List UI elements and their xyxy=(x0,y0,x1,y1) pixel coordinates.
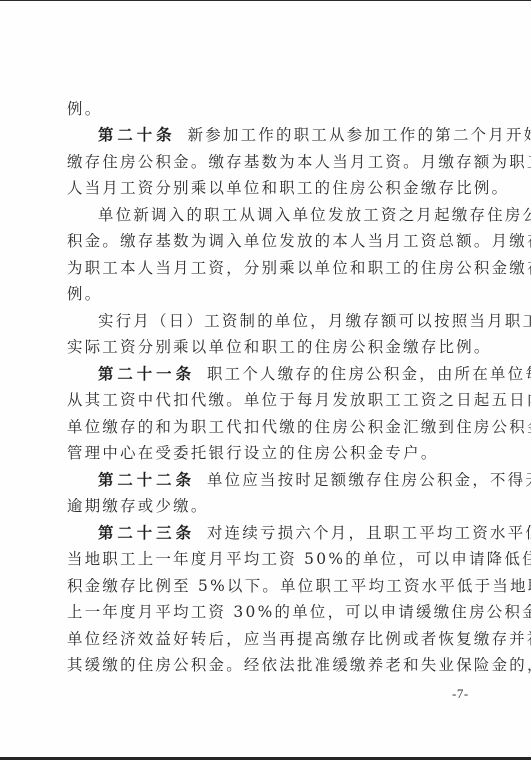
line-text: 实际工资分别乘以单位和职工的住房公积金缴存比例。 xyxy=(67,338,492,356)
text-line: 缴存住房公积金。缴存基数为本人当月工资。月缴存额为职工本 xyxy=(67,151,469,173)
text-line: 单位经济效益好转后，应当再提高缴存比例或者恢复缴存并补缴 xyxy=(67,628,469,650)
line-text: 对连续亏损六个月，且职工平均工资水平低于 xyxy=(207,524,531,542)
line-text: 单位缴存的和为职工代扣代缴的住房公积金汇缴到住房公积金 xyxy=(67,418,531,436)
text-line: 积金。缴存基数为调入单位发放的本人当月工资总额。月缴存额 xyxy=(67,230,469,252)
text-line: 管理中心在受委托银行设立的住房公积金专户。 xyxy=(67,442,469,464)
paragraph-start-line: 单位新调入的职工从调入单位发放工资之月起缴存住房公 xyxy=(98,204,469,226)
page-number: -7- xyxy=(452,686,469,702)
article-22-heading-line: 第二十二条单位应当按时足额缴存住房公积金，不得无故 xyxy=(98,469,469,491)
text-line: 积金缴存比例至 5%以下。单位职工平均工资水平低于当地职工 xyxy=(67,575,469,597)
article-number: 第二十三条 xyxy=(98,524,195,542)
document-page: 例。 第二十条新参加工作的职工从参加工作的第二个月开始 缴存住房公积金。缴存基数… xyxy=(0,1,531,757)
text-line: 人当月工资分别乘以单位和职工的住房公积金缴存比例。 xyxy=(67,177,469,199)
line-text: 例。 xyxy=(67,285,102,303)
line-text: 从其工资中代扣代缴。单位于每月发放职工工资之日起五日内将 xyxy=(67,391,531,409)
line-text: 缴存住房公积金。缴存基数为本人当月工资。月缴存额为职工本 xyxy=(67,153,531,171)
text-line: 当地职工上一年度月平均工资 50%的单位，可以申请降低住房公 xyxy=(67,548,469,570)
article-number: 第二十条 xyxy=(98,126,176,144)
text-line: 上一年度月平均工资 30%的单位，可以申请缓缴住房公积金。待 xyxy=(67,601,469,623)
article-21-heading-line: 第二十一条职工个人缴存的住房公积金，由所在单位每月 xyxy=(98,363,469,385)
line-text: 管理中心在受委托银行设立的住房公积金专户。 xyxy=(67,444,439,462)
text-line: 单位缴存的和为职工代扣代缴的住房公积金汇缴到住房公积金 xyxy=(67,416,469,438)
article-number: 第二十二条 xyxy=(98,471,195,489)
article-20-heading-line: 第二十条新参加工作的职工从参加工作的第二个月开始 xyxy=(98,124,469,146)
text-line: 例。 xyxy=(67,283,469,305)
text-line: 逾期缴存或少缴。 xyxy=(67,495,469,517)
line-text: 单位经济效益好转后，应当再提高缴存比例或者恢复缴存并补缴 xyxy=(67,630,531,648)
line-text: 职工个人缴存的住房公积金，由所在单位每月 xyxy=(207,365,531,383)
text-line: 其缓缴的住房公积金。经依法批准缓缴养老和失业保险金的，可 xyxy=(67,654,469,676)
line-text: 积金。缴存基数为调入单位发放的本人当月工资总额。月缴存额 xyxy=(67,232,531,250)
line-text: 例。 xyxy=(67,100,102,118)
line-text: 实行月（日）工资制的单位，月缴存额可以按照当月职工的 xyxy=(98,312,531,330)
line-text: 其缓缴的住房公积金。经依法批准缓缴养老和失业保险金的，可 xyxy=(67,656,531,674)
text-line: 实际工资分别乘以单位和职工的住房公积金缴存比例。 xyxy=(67,336,469,358)
text-line: 例。 xyxy=(67,98,469,120)
line-text: 上一年度月平均工资 30%的单位，可以申请缓缴住房公积金。待 xyxy=(67,603,531,621)
paragraph-start-line: 实行月（日）工资制的单位，月缴存额可以按照当月职工的 xyxy=(98,310,469,332)
line-text: 逾期缴存或少缴。 xyxy=(67,497,209,515)
line-text: 人当月工资分别乘以单位和职工的住房公积金缴存比例。 xyxy=(67,179,509,197)
article-number: 第二十一条 xyxy=(98,365,195,383)
line-text: 新参加工作的职工从参加工作的第二个月开始 xyxy=(188,126,531,144)
line-text: 单位新调入的职工从调入单位发放工资之月起缴存住房公 xyxy=(98,206,531,224)
line-text: 积金缴存比例至 5%以下。单位职工平均工资水平低于当地职工 xyxy=(67,577,531,595)
article-23-heading-line: 第二十三条对连续亏损六个月，且职工平均工资水平低于 xyxy=(98,522,469,544)
line-text: 单位应当按时足额缴存住房公积金，不得无故 xyxy=(207,471,531,489)
line-text: 为职工本人当月工资，分别乘以单位和职工的住房公积金缴存比 xyxy=(67,259,531,277)
line-text: 当地职工上一年度月平均工资 50%的单位，可以申请降低住房公 xyxy=(67,550,531,568)
text-line: 从其工资中代扣代缴。单位于每月发放职工工资之日起五日内将 xyxy=(67,389,469,411)
text-line: 为职工本人当月工资，分别乘以单位和职工的住房公积金缴存比 xyxy=(67,257,469,279)
